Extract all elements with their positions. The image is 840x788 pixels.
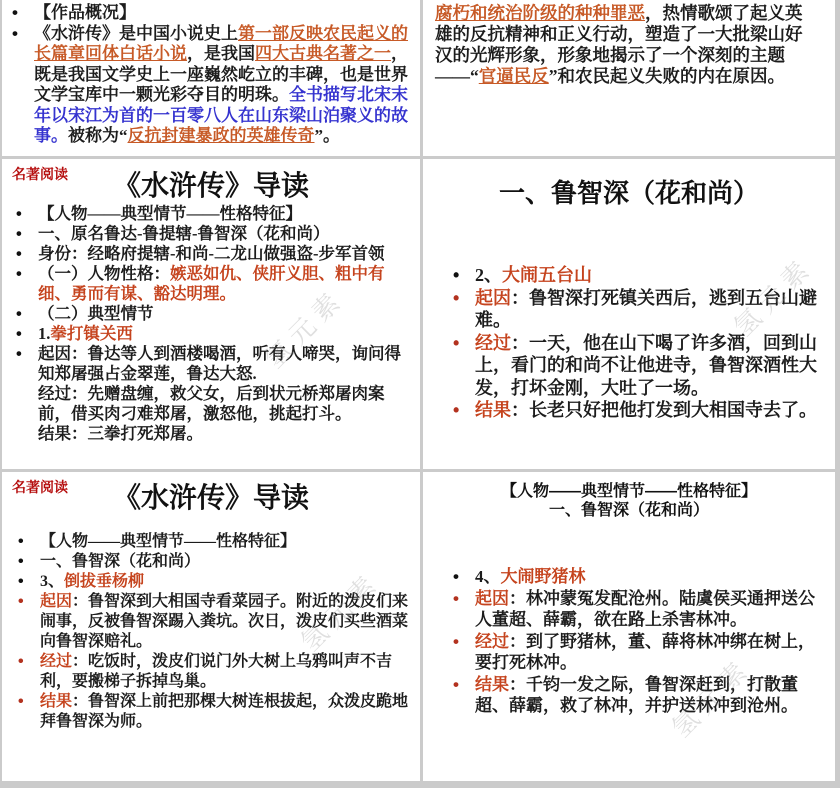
text-line: •结果：长老只好把他打发到大相国寺去了。 — [443, 399, 821, 422]
slide-text-block: •【人物——典型情节——性格特征】•一、鲁智深（花和尚）•3、倒拔垂杨柳•起因：… — [2, 532, 420, 732]
text-segment: 四大古典名著之一 — [255, 44, 391, 63]
text-segment: 身份：经略府提辖-和尚-二龙山做强盗-步军首领 — [38, 244, 384, 263]
bullet-marker: • — [16, 204, 22, 224]
text-segment: 一、鲁智深（花和尚） — [40, 553, 200, 570]
text-segment: 经过 — [475, 333, 511, 353]
bullet-marker: • — [453, 399, 459, 422]
text-line: •2、大闹五台山 — [443, 264, 821, 287]
slide-cell-guide-daoba: 名著阅读 《水浒传》导读 •【人物——典型情节——性格特征】•一、鲁智深（花和尚… — [2, 472, 420, 781]
bullet-marker: • — [18, 552, 24, 572]
text-line: •一、原名鲁达-鲁提辖-鲁智深（花和尚） — [4, 224, 416, 244]
text-segment: 【人物——典型情节——性格特征】 — [38, 204, 302, 223]
slide-header-line-2: 一、鲁智深（花和尚） — [423, 501, 835, 520]
slide-cell-guide-quanda: 名著阅读 《水浒传》导读 •【人物——典型情节——性格特征】•一、原名鲁达-鲁提… — [2, 159, 420, 469]
bullet-marker: • — [453, 588, 459, 610]
text-line: •（二）典型情节 — [4, 304, 416, 324]
bullet-marker: • — [16, 324, 22, 344]
text-segment: 结果 — [475, 400, 511, 420]
bullet-marker: • — [16, 344, 22, 364]
text-line: •结果：鲁智深上前把那棵大树连根拔起，众泼皮跪地拜鲁智深为师。 — [6, 692, 414, 732]
bullet-marker: • — [18, 692, 24, 712]
bullet-marker: • — [16, 304, 22, 324]
bullet-marker: • — [16, 244, 22, 264]
bullet-marker: • — [453, 674, 459, 696]
text-segment: 结果 — [40, 693, 72, 710]
slide-text-block: •【人物——典型情节——性格特征】•一、原名鲁达-鲁提辖-鲁智深（花和尚）•身份… — [2, 204, 420, 444]
text-segment: ：一天，他在山下喝了许多酒，回到山上，看门的和尚不让他进寺，鲁智深酒性大发，打坏… — [475, 333, 817, 398]
bullet-marker: • — [453, 332, 459, 355]
text-segment: ”。 — [315, 126, 341, 145]
text-line: •起因：林冲蒙冤发配沧州。陆虞侯买通押送公人董超、薛霸，欲在路上杀害林冲。 — [443, 588, 823, 631]
text-line: •1.拳打镇关西 — [4, 324, 416, 344]
text-line: •一、鲁智深（花和尚） — [6, 552, 414, 572]
text-segment: 经过 — [40, 653, 72, 670]
text-segment: 大闹野猪林 — [501, 567, 586, 586]
text-segment: 1. — [38, 324, 50, 343]
bullet-marker: • — [16, 264, 22, 284]
text-line: •《水浒传》是中国小说史上第一部反映农民起义的长篇章回体白话小说，是我国四大古典… — [4, 24, 414, 147]
slide-cell-overview-left-partial: •【作品概况】•《水浒传》是中国小说史上第一部反映农民起义的长篇章回体白话小说，… — [2, 0, 420, 156]
text-line: •（一）人物性格：嫉恶如仇、侠肝义胆、粗中有细、勇而有谋、豁达明理。 — [4, 264, 416, 304]
text-segment: 起因 — [475, 288, 511, 308]
bullet-marker: • — [16, 224, 22, 244]
text-segment: 结果：三拳打死郑屠。 — [38, 424, 203, 443]
text-segment: （一）人物性格： — [38, 264, 170, 283]
text-line: •起因：鲁智深到大相国寺看菜园子。附近的泼皮们来闹事，反被鲁智深踢入粪坑。次日，… — [6, 592, 414, 652]
text-line: •经过：一天，他在山下喝了许多酒，回到山上，看门的和尚不让他进寺，鲁智深酒性大发… — [443, 332, 821, 400]
text-line: •3、倒拔垂杨柳 — [6, 572, 414, 592]
text-line: •结果：千钧一发之际，鲁智深赶到，打散董超、薛霸，救了林冲，并护送林冲到沧州。 — [443, 674, 823, 717]
text-segment: 【作品概况】 — [34, 3, 136, 22]
text-segment: ”和农民起义失败的内在原因。 — [549, 66, 785, 86]
text-line: •【人物——典型情节——性格特征】 — [4, 204, 416, 224]
text-line: •4、大闹野猪林 — [443, 566, 823, 588]
text-line: •【人物——典型情节——性格特征】 — [6, 532, 414, 552]
text-segment: 反抗封建暴政的英雄传奇 — [128, 126, 315, 145]
slide-text-block: •【作品概况】•《水浒传》是中国小说史上第一部反映农民起义的长篇章回体白话小说，… — [2, 0, 420, 147]
text-segment: 官逼民反 — [479, 66, 549, 86]
text-segment: ：吃饭时，泼皮们说门外大树上乌鸦叫声不吉利，要搬梯子拆掉鸟巢。 — [40, 653, 392, 690]
text-segment: 经过：先赠盘缠，救父女，后到状元桥郑屠肉案前，借买肉刁难郑屠，激怒他，挑起打斗。 — [38, 384, 385, 423]
bullet-marker: • — [453, 631, 459, 653]
text-line: •【作品概况】 — [4, 3, 414, 24]
bullet-marker: • — [12, 3, 18, 24]
text-segment: 3、 — [40, 573, 64, 590]
bullet-marker: • — [18, 532, 24, 552]
slide-cell-lu-yezhulin: 【人物——典型情节——性格特征】 一、鲁智深（花和尚） •4、大闹野猪林•起因：… — [423, 472, 835, 781]
bullet-marker: • — [453, 566, 459, 588]
slide-text-block: •4、大闹野猪林•起因：林冲蒙冤发配沧州。陆虞侯买通押送公人董超、薛霸，欲在路上… — [423, 566, 835, 717]
text-line: 结果：三拳打死郑屠。 — [4, 424, 416, 444]
text-segment: 倒拔垂杨柳 — [64, 573, 144, 590]
slide-cell-lu-wutaishan: 一、鲁智深（花和尚） •2、大闹五台山•起因：鲁智深打死镇关西后，逃到五台山避难… — [423, 159, 835, 469]
bullet-marker: • — [453, 264, 459, 287]
text-segment: 结果 — [475, 675, 509, 694]
slide-cell-overview-right-partial: 腐朽和统治阶级的种种罪恶，热情歌颂了起义英雄的反抗精神和正义行动，塑造了一大批梁… — [423, 0, 835, 156]
text-segment: 【人物——典型情节——性格特征】 — [40, 533, 296, 550]
text-segment: ：长老只好把他打发到大相国寺去了。 — [511, 400, 817, 420]
text-segment: 拳打镇关西 — [50, 324, 133, 343]
bullet-marker: • — [453, 287, 459, 310]
text-segment: ，是我国 — [187, 44, 255, 63]
text-line: •起因：鲁达等人到酒楼喝酒，听有人啼哭，询问得知郑屠强占金翠莲，鲁达大怒. — [4, 344, 416, 384]
bullet-marker: • — [18, 592, 24, 612]
text-segment: 起因：鲁达等人到酒楼喝酒，听有人啼哭，询问得知郑屠强占金翠莲，鲁达大怒. — [38, 344, 401, 383]
text-line: •经过：到了野猪林，董、薛将林冲绑在树上，要打死林冲。 — [443, 631, 823, 674]
text-segment: 一、原名鲁达-鲁提辖-鲁智深（花和尚） — [38, 224, 330, 243]
slide-header-line-1: 【人物——典型情节——性格特征】 — [423, 482, 835, 501]
slide-text-block: 腐朽和统治阶级的种种罪恶，热情歌颂了起义英雄的反抗精神和正义行动，塑造了一大批梁… — [423, 0, 835, 87]
text-segment: ：林冲蒙冤发配沧州。陆虞侯买通押送公人董超、薛霸，欲在路上杀害林冲。 — [475, 589, 815, 630]
text-segment: ：到了野猪林，董、薛将林冲绑在树上，要打死林冲。 — [475, 632, 815, 673]
bullet-marker: • — [18, 572, 24, 592]
text-segment: 起因 — [475, 589, 509, 608]
text-segment: 2、 — [475, 265, 502, 285]
text-segment: 大闹五台山 — [502, 265, 592, 285]
bullet-marker: • — [12, 24, 18, 45]
slide-title: 一、鲁智深（花和尚） — [423, 173, 835, 210]
text-segment: 经过 — [475, 632, 509, 651]
text-segment: 《水浒传》是中国小说史上 — [34, 24, 238, 43]
text-line: •起因：鲁智深打死镇关西后，逃到五台山避难。 — [443, 287, 821, 332]
text-line: •身份：经略府提辖-和尚-二龙山做强盗-步军首领 — [4, 244, 416, 264]
text-segment: 起因 — [40, 593, 72, 610]
text-line: 经过：先赠盘缠，救父女，后到状元桥郑屠肉案前，借买肉刁难郑屠，激怒他，挑起打斗。 — [4, 384, 416, 424]
slide-text-block: •2、大闹五台山•起因：鲁智深打死镇关西后，逃到五台山避难。•经过：一天，他在山… — [423, 264, 835, 422]
text-segment: ：鲁智深打死镇关西后，逃到五台山避难。 — [475, 288, 817, 331]
text-segment: 被称为“ — [68, 126, 128, 145]
text-segment: ：千钧一发之际，鲁智深赶到，打散董超、薛霸，救了林冲，并护送林冲到沧州。 — [475, 675, 798, 716]
text-segment: ：鲁智深上前把那棵大树连根拔起，众泼皮跪地拜鲁智深为师。 — [40, 693, 408, 730]
text-segment: （二）典型情节 — [38, 304, 154, 323]
text-segment: ：鲁智深到大相国寺看菜园子。附近的泼皮们来闹事，反被鲁智深踢入粪坑。次日，泼皮们… — [40, 593, 408, 650]
bullet-marker: • — [18, 652, 24, 672]
corner-label: 名著阅读 — [12, 164, 68, 184]
text-segment: 4、 — [475, 567, 501, 586]
text-line: •经过：吃饭时，泼皮们说门外大树上乌鸦叫声不吉利，要搬梯子拆掉鸟巢。 — [6, 652, 414, 692]
text-line: 腐朽和统治阶级的种种罪恶，热情歌颂了起义英雄的反抗精神和正义行动，塑造了一大批梁… — [433, 3, 819, 87]
text-segment: 腐朽和统治阶级的种种罪恶 — [435, 3, 645, 23]
corner-label: 名著阅读 — [12, 477, 68, 497]
slide-grid: •【作品概况】•《水浒传》是中国小说史上第一部反映农民起义的长篇章回体白话小说，… — [0, 0, 840, 788]
